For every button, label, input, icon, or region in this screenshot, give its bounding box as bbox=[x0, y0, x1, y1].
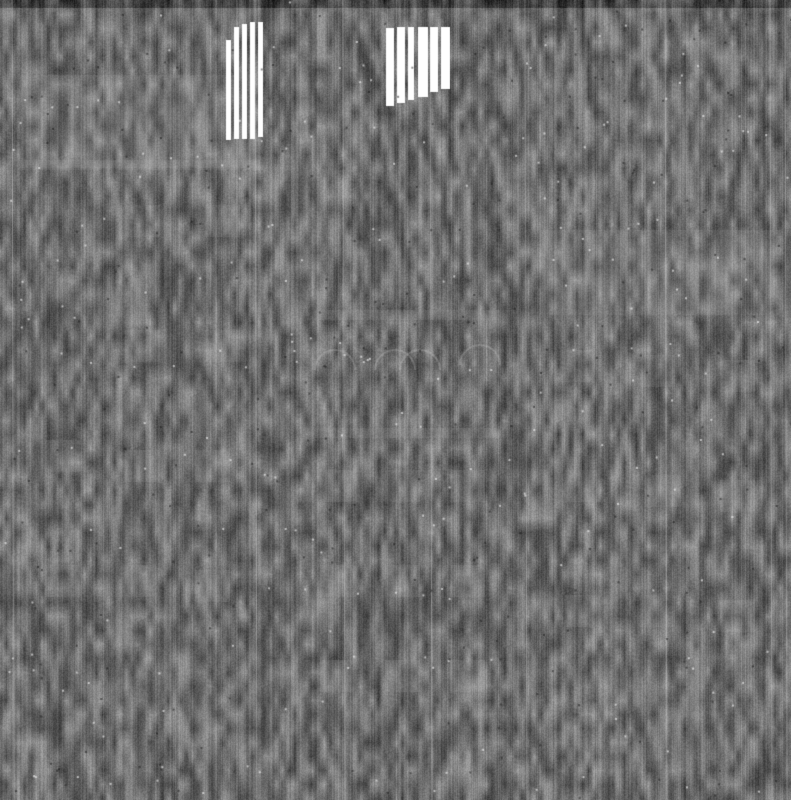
photo-plate: Heavily degraded grayscale photographic … bbox=[0, 0, 791, 800]
noisy-facade-image bbox=[0, 0, 791, 800]
